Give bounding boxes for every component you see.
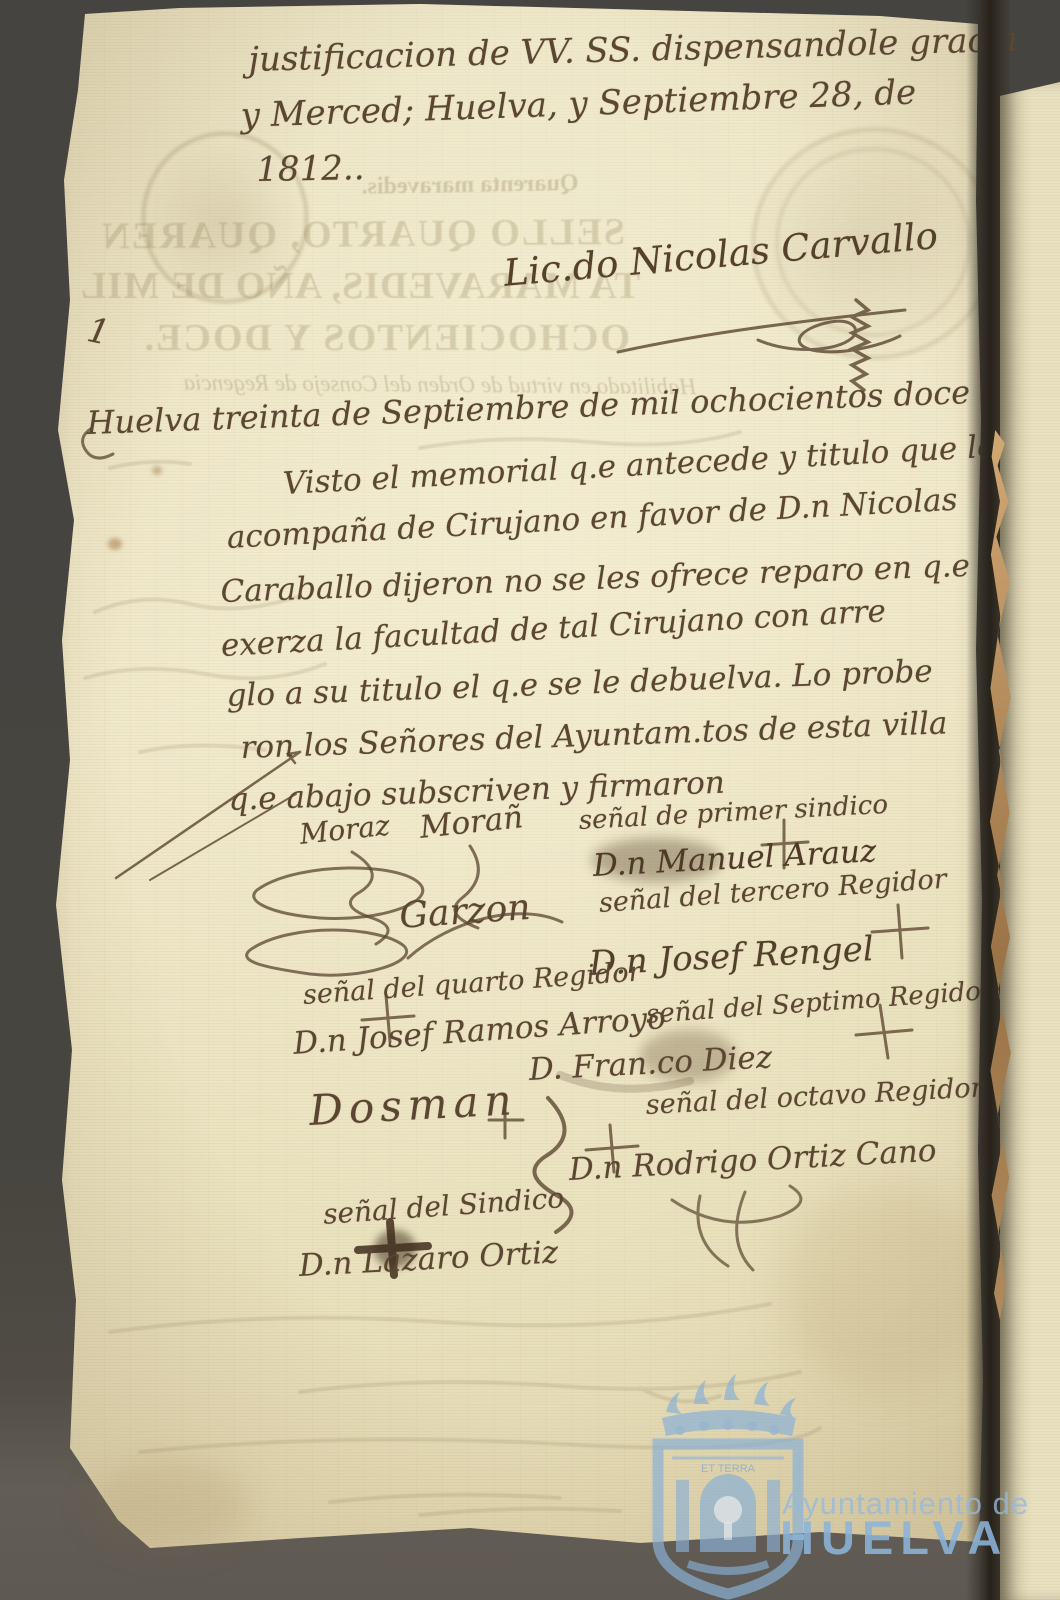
- archival-scan-background: Quarenta maravedis. SELLO QUARTO, QUAREN…: [0, 0, 1060, 1600]
- shield-motto: ET TERRA: [701, 1463, 756, 1475]
- shield-icon: ET TERRA: [658, 1444, 798, 1594]
- huelva-coat-of-arms: ET TERRA: [628, 1368, 828, 1600]
- facing-page-sliver: [1000, 82, 1060, 1600]
- manuscript-header-line: 1812..: [256, 148, 365, 190]
- rodrigo-rubric: [672, 1186, 801, 1270]
- crown-icon: [662, 1374, 796, 1436]
- watermark-city-name: HUELVA: [780, 1510, 1008, 1565]
